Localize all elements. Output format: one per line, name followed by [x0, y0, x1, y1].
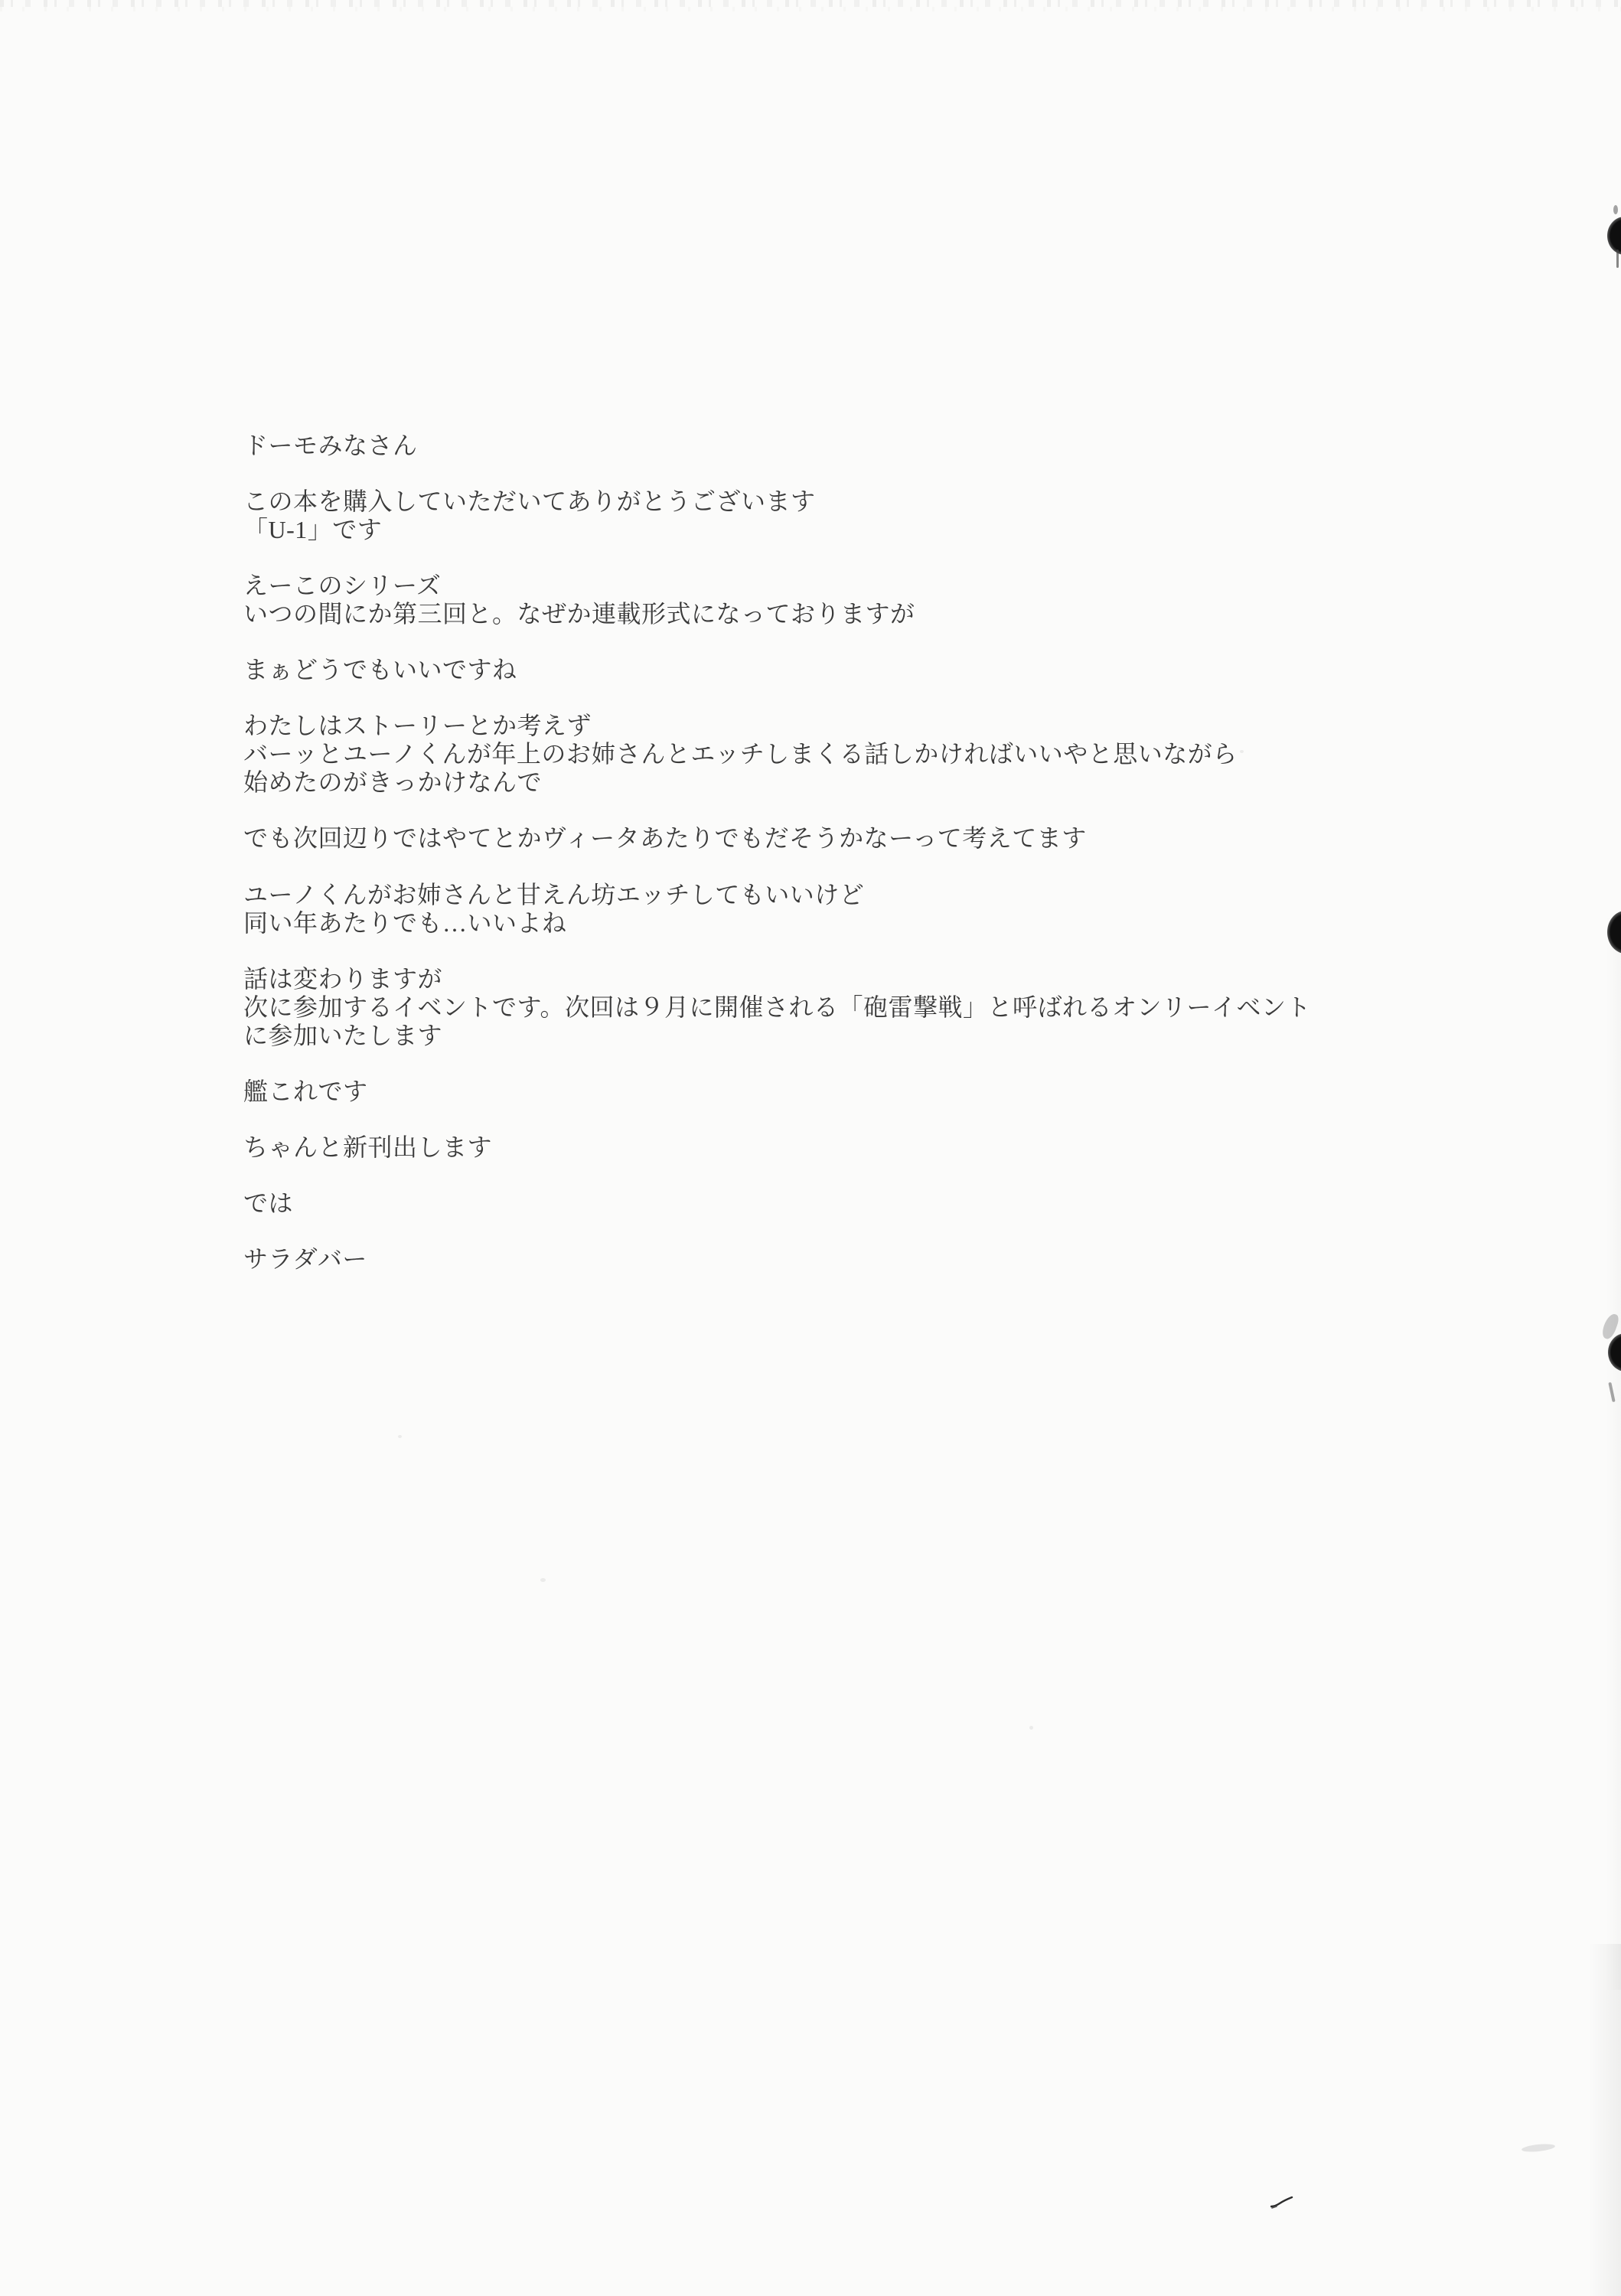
afterword-line: 「U-1」です	[243, 516, 1391, 544]
afterword-line: ドーモみなさん	[243, 432, 1391, 460]
afterword-paragraph: サラダバー	[243, 1245, 1391, 1274]
paper-speck	[1029, 1726, 1033, 1730]
paper-speck	[1240, 750, 1244, 753]
afterword-line: 次に参加するイベントです。次回は９月に開催される「砲雷撃戦」と呼ばれるオンリーイ…	[243, 993, 1391, 1022]
scan-top-edge-artifact	[0, 0, 1621, 7]
scan-top-edge-artifact-faint	[0, 7, 1621, 11]
afterword-line: ちゃんと新刊出します	[243, 1133, 1391, 1162]
afterword-paragraph: わたしはストーリーとか考えずバーッとユーノくんが年上のお姉さんとエッチしまくる話…	[243, 712, 1391, 797]
afterword-line: 始めたのがきっかけなんで	[243, 768, 1391, 797]
afterword-paragraph: ドーモみなさん	[243, 432, 1391, 460]
afterword-line: わたしはストーリーとか考えず	[243, 712, 1391, 740]
afterword-line: ユーノくんがお姉さんと甘えん坊エッチしてもいいけど	[243, 881, 1391, 909]
afterword-paragraph: まぁどうでもいいですね	[243, 656, 1391, 684]
scan-edge-shadow-lower	[1589, 1944, 1621, 2296]
pencil-mark	[1270, 2195, 1296, 2210]
afterword-line: この本を購入していただいてありがとうございます	[243, 488, 1391, 516]
afterword-paragraph: この本を購入していただいてありがとうございます「U-1」です	[243, 488, 1391, 544]
scan-smudge	[1522, 2143, 1556, 2154]
afterword-line: えーこのシリーズ	[243, 572, 1391, 600]
pencil-mark-stroke	[1270, 2195, 1296, 2210]
afterword-line: では	[243, 1189, 1391, 1218]
afterword-paragraph: 話は変わりますが次に参加するイベントです。次回は９月に開催される「砲雷撃戦」と呼…	[243, 965, 1391, 1050]
afterword-line: いつの間にか第三回と。なぜか連載形式になっておりますが	[243, 600, 1391, 628]
afterword-paragraph: ユーノくんがお姉さんと甘えん坊エッチしてもいいけど同い年あたりでも…いいよね	[243, 881, 1391, 938]
afterword-line: バーッとユーノくんが年上のお姉さんとエッチしまくる話しかければいいやと思いながら	[243, 740, 1391, 768]
afterword-line: 話は変わりますが	[243, 965, 1391, 993]
paper-speck	[540, 1578, 546, 1582]
afterword-line: に参加いたします	[243, 1022, 1391, 1050]
afterword-paragraph: でも次回辺りではやてとかヴィータあたりでもだそうかなーって考えてます	[243, 824, 1391, 853]
scan-edge-shadow-upper	[1606, 918, 1621, 1990]
paper-speck	[398, 1435, 402, 1438]
afterword-line: まぁどうでもいいですね	[243, 656, 1391, 684]
binding-hole-top-speck	[1613, 205, 1618, 214]
afterword-line: サラダバー	[243, 1245, 1391, 1274]
afterword-text-block: ドーモみなさんこの本を購入していただいてありがとうございます「U-1」ですえーこ…	[243, 432, 1391, 1301]
binding-hole-top	[1607, 217, 1621, 255]
afterword-line: 同い年あたりでも…いいよね	[243, 909, 1391, 938]
scanned-afterword-page: ドーモみなさんこの本を購入していただいてありがとうございます「U-1」ですえーこ…	[0, 0, 1621, 2296]
afterword-paragraph: では	[243, 1189, 1391, 1218]
afterword-paragraph: えーこのシリーズいつの間にか第三回と。なぜか連載形式になっておりますが	[243, 572, 1391, 628]
afterword-line: でも次回辺りではやてとかヴィータあたりでもだそうかなーって考えてます	[243, 824, 1391, 853]
binding-hole-top-tail	[1616, 249, 1619, 268]
afterword-paragraph: 艦これです	[243, 1078, 1391, 1106]
afterword-line: 艦これです	[243, 1078, 1391, 1106]
afterword-paragraph: ちゃんと新刊出します	[243, 1133, 1391, 1162]
